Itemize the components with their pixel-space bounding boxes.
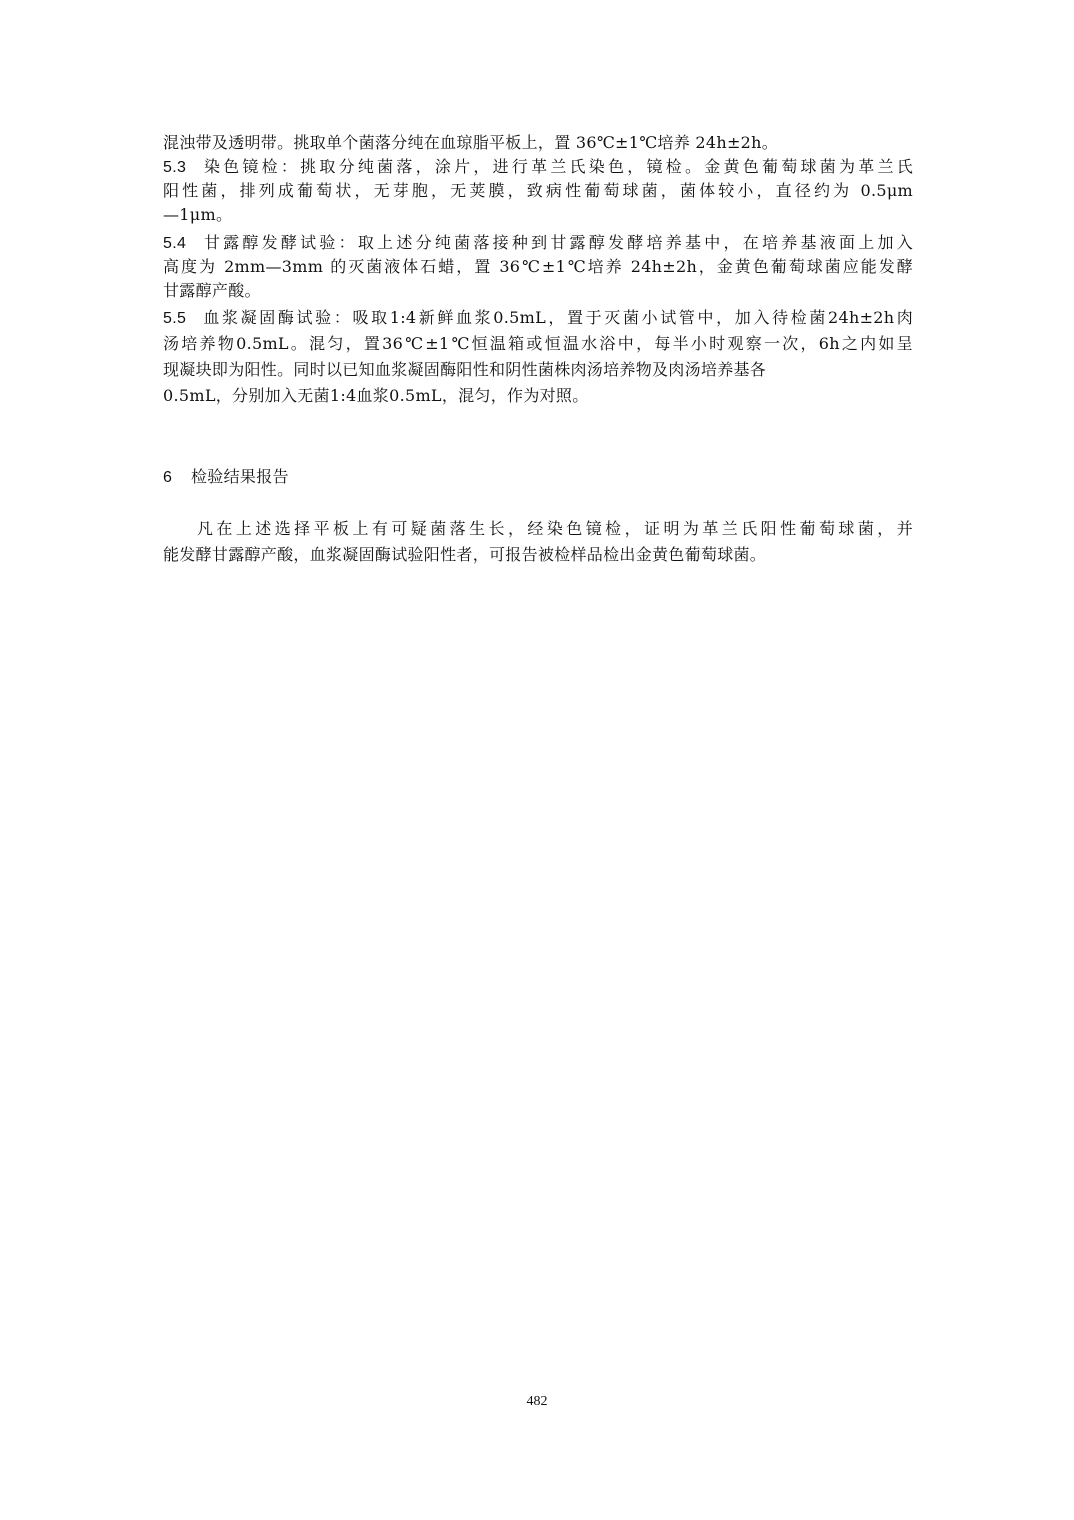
- section-5-3-line-2: 阳性菌，排列成葡萄状，无芽胞，无荚膜，致病性葡萄球菌，菌体较小，直径约为 0.5…: [163, 181, 913, 201]
- section-5-5-line-3: 现凝块即为阳性。同时以已知血浆凝固酶阳性和阴性菌株肉汤培养物及肉汤培养基各: [163, 360, 913, 380]
- heading-number: 6: [163, 468, 191, 488]
- section-text: 染色镜检：挑取分纯菌落，涂片，进行革兰氏染色，镜检。金黄色葡萄球菌为革兰氏: [201, 157, 913, 176]
- document-page: 混浊带及透明带。挑取单个菌落分纯在血琼脂平板上，置 36℃±1℃培养 24h±2…: [0, 0, 1074, 1520]
- section-5-4-line-2: 高度为 2mm—3mm 的灭菌液体石蜡，置 36℃±1℃培养 24h±2h，金黄…: [163, 257, 913, 277]
- paragraph-continuation: 混浊带及透明带。挑取单个菌落分纯在血琼脂平板上，置 36℃±1℃培养 24h±2…: [163, 133, 913, 153]
- section-5-3-line-3: —1μm。: [163, 205, 913, 225]
- section-5-3-line-1: 5.3染色镜检：挑取分纯菌落，涂片，进行革兰氏染色，镜检。金黄色葡萄球菌为革兰氏: [163, 157, 913, 177]
- section-text: 血浆凝固酶试验：吸取1:4新鲜血浆0.5mL，置于灭菌小试管中，加入待检菌24h…: [201, 308, 913, 327]
- section-number: 5.5: [163, 309, 201, 328]
- section-5-5-line-1: 5.5血浆凝固酶试验：吸取1:4新鲜血浆0.5mL，置于灭菌小试管中，加入待检菌…: [163, 308, 913, 328]
- heading-title: 检验结果报告: [191, 467, 289, 486]
- section-6-heading: 6检验结果报告: [163, 467, 913, 488]
- section-number: 5.3: [163, 158, 201, 177]
- report-line-1: 凡在上述选择平板上有可疑菌落生长，经染色镜检，证明为革兰氏阳性葡萄球菌，并: [163, 519, 913, 539]
- section-5-4-line-1: 5.4甘露醇发酵试验：取上述分纯菌落接种到甘露醇发酵培养基中，在培养基液面上加入: [163, 233, 913, 253]
- page-number: 482: [0, 1394, 1074, 1410]
- section-number: 5.4: [163, 234, 201, 253]
- section-5-5-line-4: 0.5mL，分别加入无菌1:4血浆0.5mL，混匀，作为对照。: [163, 386, 913, 406]
- section-text: 甘露醇发酵试验：取上述分纯菌落接种到甘露醇发酵培养基中，在培养基液面上加入: [201, 233, 913, 252]
- report-line-2: 能发酵甘露醇产酸，血浆凝固酶试验阳性者，可报告被检样品检出金黄色葡萄球菌。: [163, 545, 913, 565]
- section-5-4-line-3: 甘露醇产酸。: [163, 281, 913, 301]
- section-5-5-line-2: 汤培养物0.5mL。混匀，置36℃±1℃恒温箱或恒温水浴中，每半小时观察一次，6…: [163, 334, 913, 354]
